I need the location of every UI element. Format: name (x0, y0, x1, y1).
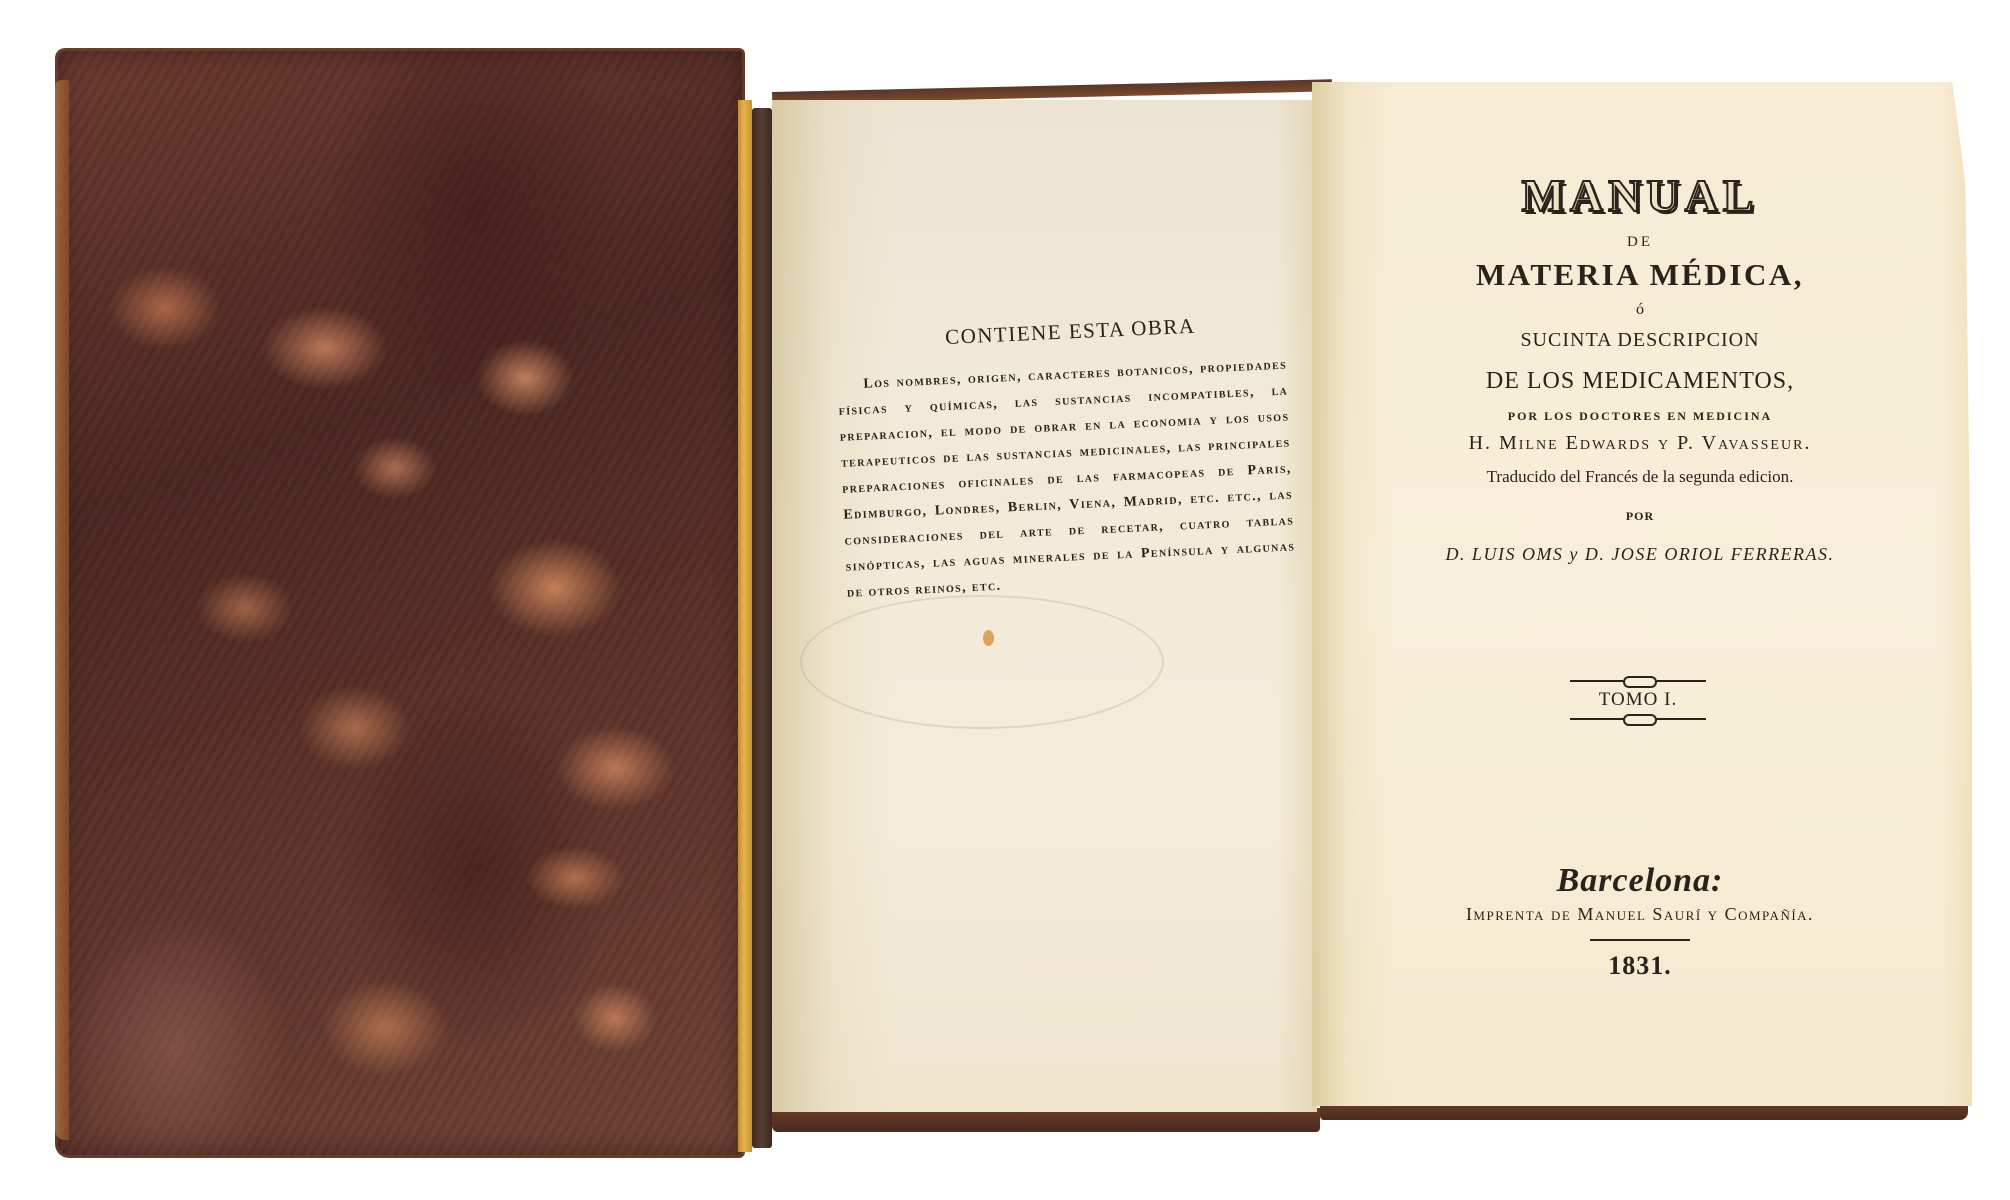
ornamental-rule-top (1570, 680, 1706, 682)
title-block: MANUAL DE MATERIA MÉDICA, ó SUCINTA DESC… (1340, 170, 1940, 565)
cover-spine-edge (55, 80, 69, 1140)
contents-body: Los nombres, origen, caracteres botanico… (837, 353, 1297, 607)
translators: D. LUIS OMS y D. JOSE ORIOL FERRERAS. (1340, 544, 1940, 565)
title-connector-de: DE (1340, 234, 1940, 251)
contents-text-block: CONTIENE ESTA OBRA Los nombres, origen, … (835, 310, 1297, 607)
faint-stamp-show-through (800, 595, 1164, 729)
title-connector-o: ó (1340, 301, 1940, 319)
authors: H. Milne Edwards y P. Vavasseur. (1340, 432, 1940, 455)
book-subject: MATERIA MÉDICA, (1340, 257, 1940, 293)
translation-note: Traducido del Francés de la segunda edic… (1340, 467, 1940, 487)
foxing-stain (983, 630, 994, 646)
volume-block: TOMO I. (1568, 680, 1708, 720)
subtitle-line-1: SUCINTA DESCRIPCION (1340, 329, 1940, 352)
gilt-page-edge (738, 100, 752, 1152)
subtitle-line-2: DE LOS MEDICAMENTOS, (1340, 368, 1940, 395)
book-title: MANUAL (1340, 170, 1940, 222)
imprint-block: Barcelona: Imprenta de Manuel Saurí y Co… (1340, 862, 1940, 981)
por-line: POR (1340, 509, 1940, 524)
open-book-board-edge (752, 108, 772, 1148)
leather-book-cover (55, 48, 745, 1158)
ornamental-rule-bottom (1570, 718, 1706, 720)
imprint-city: Barcelona: (1340, 862, 1940, 900)
by-doctors-line: POR LOS DOCTORES EN MEDICINA (1340, 409, 1940, 424)
imprint-printer: Imprenta de Manuel Saurí y Compañía. (1340, 904, 1940, 925)
imprint-year: 1831. (1340, 951, 1940, 981)
photo-scene: CONTIENE ESTA OBRA Los nombres, origen, … (0, 0, 2010, 1200)
volume-number: TOMO I. (1568, 689, 1708, 711)
imprint-rule (1590, 939, 1690, 941)
